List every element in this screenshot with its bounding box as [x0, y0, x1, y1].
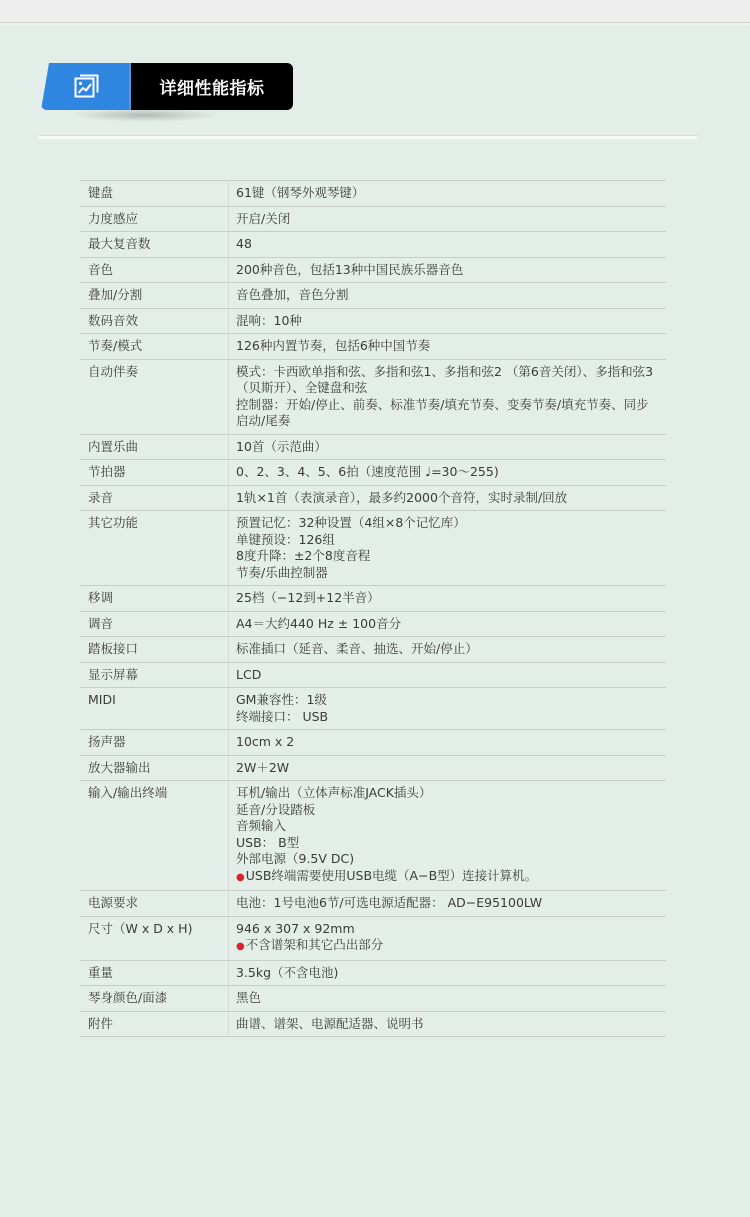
table-row: 节奏/模式126种内置节奏，包括6种中国节奏	[80, 334, 666, 360]
spec-label: 琴身颜色/面漆	[80, 986, 229, 1012]
spec-value-line: 开启/关闭	[236, 211, 660, 228]
table-row: 电源要求电池：1号电池6节/可选电源适配器： AD−E95100LW	[80, 891, 666, 917]
table-row: 叠加/分割音色叠加，音色分割	[80, 283, 666, 309]
table-row: 内置乐曲10首（示范曲）	[80, 434, 666, 460]
spec-footnote-text: 不含谱架和其它凸出部分	[246, 937, 384, 952]
table-row: 重量3.5kg（不含电池)	[80, 960, 666, 986]
spec-value: 耳机/输出（立体声标准JACK插头）延音/分设踏板音频输入USB： B型外部电源…	[229, 781, 667, 891]
spec-value-line: 25档（−12到+12半音）	[236, 590, 660, 607]
spec-label: 数码音效	[80, 308, 229, 334]
spec-value-line: 外部电源（9.5V DC)	[236, 851, 660, 868]
spec-value-line: 946 x 307 x 92mm	[236, 921, 660, 938]
spec-value-line: 模式：卡西欧单指和弦、多指和弦1、多指和弦2 （第6音关闭）、多指和弦3（贝斯开…	[236, 364, 660, 397]
header-divider	[38, 135, 697, 139]
header-shadow	[70, 108, 220, 122]
spec-value: 126种内置节奏，包括6种中国节奏	[229, 334, 667, 360]
spec-value: 音色叠加，音色分割	[229, 283, 667, 309]
spec-footnote: ●USB终端需要使用USB电缆（A−B型）连接计算机。	[236, 868, 660, 887]
spec-value: 10首（示范曲）	[229, 434, 667, 460]
table-row: 附件曲谱、谱架、电源配适器、说明书	[80, 1011, 666, 1037]
spec-label: 显示屏幕	[80, 662, 229, 688]
spec-label: 重量	[80, 960, 229, 986]
spec-value-line: 126种内置节奏，包括6种中国节奏	[236, 338, 660, 355]
table-row: 自动伴奏模式：卡西欧单指和弦、多指和弦1、多指和弦2 （第6音关闭）、多指和弦3…	[80, 359, 666, 434]
spec-value: 3.5kg（不含电池)	[229, 960, 667, 986]
spec-label: 放大器输出	[80, 755, 229, 781]
spec-value-line: 节奏/乐曲控制器	[236, 565, 660, 582]
spec-label: 最大复音数	[80, 232, 229, 258]
spec-value-line: 61键（钢琴外观琴键）	[236, 185, 660, 202]
table-row: 放大器输出2W＋2W	[80, 755, 666, 781]
page-title: 详细性能指标	[129, 63, 293, 110]
spec-value-line: 混响：10种	[236, 313, 660, 330]
spec-label: 电源要求	[80, 891, 229, 917]
table-row: 录音1轨×1首（表演录音），最多约2000个音符，实时录制/回放	[80, 485, 666, 511]
spec-value: 黑色	[229, 986, 667, 1012]
spec-value: 标准插口（延音、柔音、抽选、开始/停止）	[229, 637, 667, 663]
table-row: 节拍器0、2、3、4、5、6拍（速度范围 ♩=30～255)	[80, 460, 666, 486]
spec-value-line: 标准插口（延音、柔音、抽选、开始/停止）	[236, 641, 660, 658]
spec-label: 踏板接口	[80, 637, 229, 663]
spec-value: 电池：1号电池6节/可选电源适配器： AD−E95100LW	[229, 891, 667, 917]
spec-value: 48	[229, 232, 667, 258]
table-row: 音色200种音色，包括13种中国民族乐器音色	[80, 257, 666, 283]
spec-label: 扬声器	[80, 730, 229, 756]
spec-footnote-text: USB终端需要使用USB电缆（A−B型）连接计算机。	[246, 868, 537, 883]
spec-label: 键盘	[80, 181, 229, 207]
spec-value-line: 3.5kg（不含电池)	[236, 965, 660, 982]
spec-label: 叠加/分割	[80, 283, 229, 309]
table-row: 输入/输出终端耳机/输出（立体声标准JACK插头）延音/分设踏板音频输入USB：…	[80, 781, 666, 891]
spec-value: GM兼容性：1级终端接口： USB	[229, 688, 667, 730]
spec-value-line: GM兼容性：1级	[236, 692, 660, 709]
spec-label: 自动伴奏	[80, 359, 229, 434]
spec-value-line: 200种音色，包括13种中国民族乐器音色	[236, 262, 660, 279]
spec-value: 预置记忆：32种设置（4组×8个记忆库）单键预设：126组8度升降：±2个8度音…	[229, 511, 667, 586]
spec-value-line: LCD	[236, 667, 660, 684]
image-chart-icon	[73, 72, 101, 100]
table-row: 调音A4＝大约440 Hz ± 100音分	[80, 611, 666, 637]
table-row: 力度感应开启/关闭	[80, 206, 666, 232]
top-band	[0, 0, 750, 23]
table-row: 数码音效混响：10种	[80, 308, 666, 334]
spec-label: 音色	[80, 257, 229, 283]
table-row: 尺寸（W x D x H)946 x 307 x 92mm●不含谱架和其它凸出部…	[80, 916, 666, 960]
spec-value-line: 0、2、3、4、5、6拍（速度范围 ♩=30～255)	[236, 464, 660, 481]
spec-value: 946 x 307 x 92mm●不含谱架和其它凸出部分	[229, 916, 667, 960]
header-icon-tab	[41, 63, 131, 110]
spec-value: 开启/关闭	[229, 206, 667, 232]
spec-label: 尺寸（W x D x H)	[80, 916, 229, 960]
spec-value-line: 终端接口： USB	[236, 709, 660, 726]
spec-value-line: 48	[236, 236, 660, 253]
spec-label: MIDI	[80, 688, 229, 730]
spec-value-line: 预置记忆：32种设置（4组×8个记忆库）	[236, 515, 660, 532]
spec-value: 25档（−12到+12半音）	[229, 586, 667, 612]
spec-value-line: 曲谱、谱架、电源配适器、说明书	[236, 1016, 660, 1033]
table-row: 最大复音数48	[80, 232, 666, 258]
spec-label: 移调	[80, 586, 229, 612]
spec-value-line: 10cm x 2	[236, 734, 660, 751]
section-header: 详细性能指标	[41, 63, 293, 110]
red-dot-icon: ●	[236, 941, 245, 952]
table-row: 键盘61键（钢琴外观琴键）	[80, 181, 666, 207]
spec-value-line: 延音/分设踏板	[236, 802, 660, 819]
spec-value: 混响：10种	[229, 308, 667, 334]
spec-value-line: 音频输入	[236, 818, 660, 835]
spec-value-line: USB： B型	[236, 835, 660, 852]
spec-label: 节拍器	[80, 460, 229, 486]
spec-label: 附件	[80, 1011, 229, 1037]
table-row: MIDIGM兼容性：1级终端接口： USB	[80, 688, 666, 730]
spec-value: 61键（钢琴外观琴键）	[229, 181, 667, 207]
spec-value-line: 黑色	[236, 990, 660, 1007]
spec-value: A4＝大约440 Hz ± 100音分	[229, 611, 667, 637]
table-row: 扬声器10cm x 2	[80, 730, 666, 756]
table-row: 显示屏幕LCD	[80, 662, 666, 688]
spec-value-line: 耳机/输出（立体声标准JACK插头）	[236, 785, 660, 802]
spec-value: 1轨×1首（表演录音），最多约2000个音符，实时录制/回放	[229, 485, 667, 511]
spec-label: 节奏/模式	[80, 334, 229, 360]
spec-value-line: A4＝大约440 Hz ± 100音分	[236, 616, 660, 633]
spec-label: 力度感应	[80, 206, 229, 232]
spec-value-line: 控制器：开始/停止、前奏、标准节奏/填充节奏、变奏节奏/填充节奏、同步启动/尾奏	[236, 397, 660, 430]
spec-value: 2W＋2W	[229, 755, 667, 781]
spec-label: 调音	[80, 611, 229, 637]
spec-value-line: 2W＋2W	[236, 760, 660, 777]
spec-label: 录音	[80, 485, 229, 511]
spec-label: 输入/输出终端	[80, 781, 229, 891]
spec-value-line: 1轨×1首（表演录音），最多约2000个音符，实时录制/回放	[236, 490, 660, 507]
spec-value: LCD	[229, 662, 667, 688]
spec-value-line: 8度升降：±2个8度音程	[236, 548, 660, 565]
spec-value-line: 音色叠加，音色分割	[236, 287, 660, 304]
spec-label: 其它功能	[80, 511, 229, 586]
spec-value: 0、2、3、4、5、6拍（速度范围 ♩=30～255)	[229, 460, 667, 486]
spec-footnote: ●不含谱架和其它凸出部分	[236, 937, 660, 956]
spec-value-line: 单键预设：126组	[236, 532, 660, 549]
spec-label: 内置乐曲	[80, 434, 229, 460]
spec-value: 曲谱、谱架、电源配适器、说明书	[229, 1011, 667, 1037]
spec-value: 10cm x 2	[229, 730, 667, 756]
spec-value: 模式：卡西欧单指和弦、多指和弦1、多指和弦2 （第6音关闭）、多指和弦3（贝斯开…	[229, 359, 667, 434]
table-row: 踏板接口标准插口（延音、柔音、抽选、开始/停止）	[80, 637, 666, 663]
spec-table: 键盘61键（钢琴外观琴键）力度感应开启/关闭最大复音数48音色200种音色，包括…	[80, 180, 666, 1037]
red-dot-icon: ●	[236, 872, 245, 883]
spec-value-line: 10首（示范曲）	[236, 439, 660, 456]
table-row: 其它功能预置记忆：32种设置（4组×8个记忆库）单键预设：126组8度升降：±2…	[80, 511, 666, 586]
spec-value-line: 电池：1号电池6节/可选电源适配器： AD−E95100LW	[236, 895, 660, 912]
table-row: 琴身颜色/面漆黑色	[80, 986, 666, 1012]
table-row: 移调25档（−12到+12半音）	[80, 586, 666, 612]
spec-value: 200种音色，包括13种中国民族乐器音色	[229, 257, 667, 283]
